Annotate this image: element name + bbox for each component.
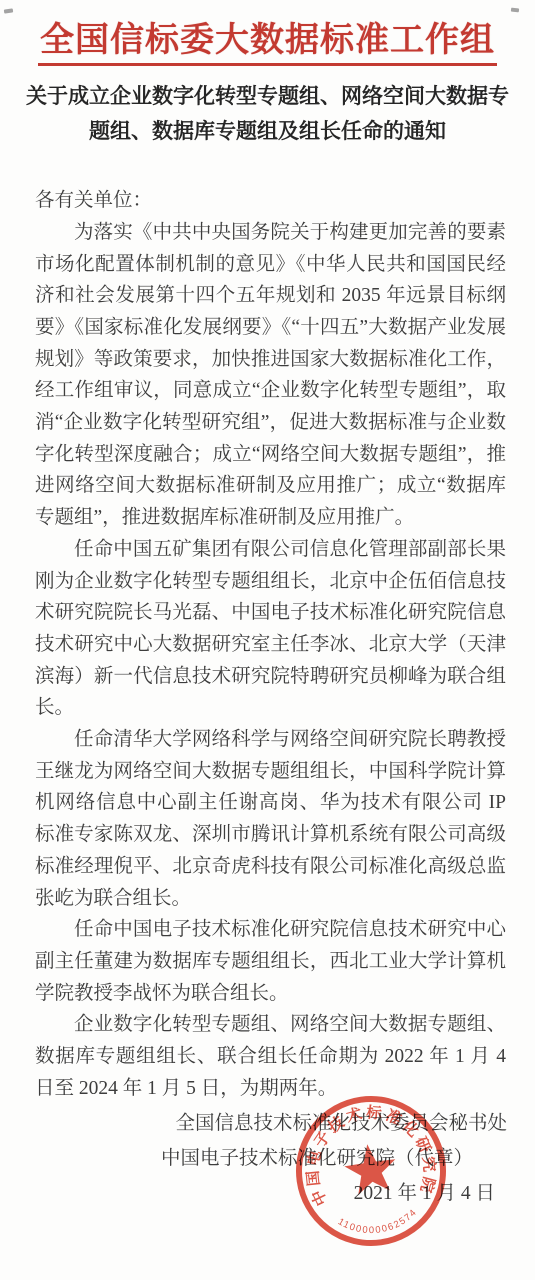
document-title: 关于成立企业数字化转型专题组、网络空间大数据专题组、数据库专题组及组长任命的通知 <box>24 79 511 149</box>
letterhead: 全国信标委大数据标准工作组 <box>0 21 535 66</box>
document-page: 全国信标委大数据标准工作组 关于成立企业数字化转型专题组、网络空间大数据专题组、… <box>0 0 535 1280</box>
body-paragraph: 任命中国电子技术标准化研究院信息技术研究中心副主任董建为数据库专题组组长，西北工… <box>35 914 506 1009</box>
scan-artifact <box>4 8 13 13</box>
salutation: 各有关单位： <box>35 185 506 217</box>
signature-issuer-secretariat: 全国信息技术标准化技术委员会秘书处 <box>0 1106 535 1141</box>
scan-artifact <box>511 8 519 13</box>
body-paragraph: 企业数字化转型专题组、网络空间大数据专题组、数据库专题组组长、联合组长任命期为 … <box>35 1009 506 1104</box>
signature-issuer-institute: 中国电子技术标准化研究院（代章） <box>0 1141 535 1176</box>
document-body: 各有关单位： 为落实《中共中央国务院关于构建更加完善的要素市场化配置体制机制的意… <box>35 185 506 1104</box>
body-paragraph: 任命清华大学网络科学与网络空间研究院长聘教授王继龙为网络空间大数据专题组组长，中… <box>35 724 506 914</box>
signature-block: 全国信息技术标准化技术委员会秘书处 中国电子技术标准化研究院（代章） 2021 … <box>0 1106 535 1211</box>
org-header-title: 全国信标委大数据标准工作组 <box>38 21 497 66</box>
body-paragraph: 任命中国五矿集团有限公司信息化管理部副部长果刚为企业数字化转型专题组组长，北京中… <box>35 534 506 724</box>
signature-date: 2021 年 1 月 4 日 <box>0 1176 535 1211</box>
body-paragraph: 为落实《中共中央国务院关于构建更加完善的要素市场化配置体制机制的意见》《中华人民… <box>35 217 506 534</box>
